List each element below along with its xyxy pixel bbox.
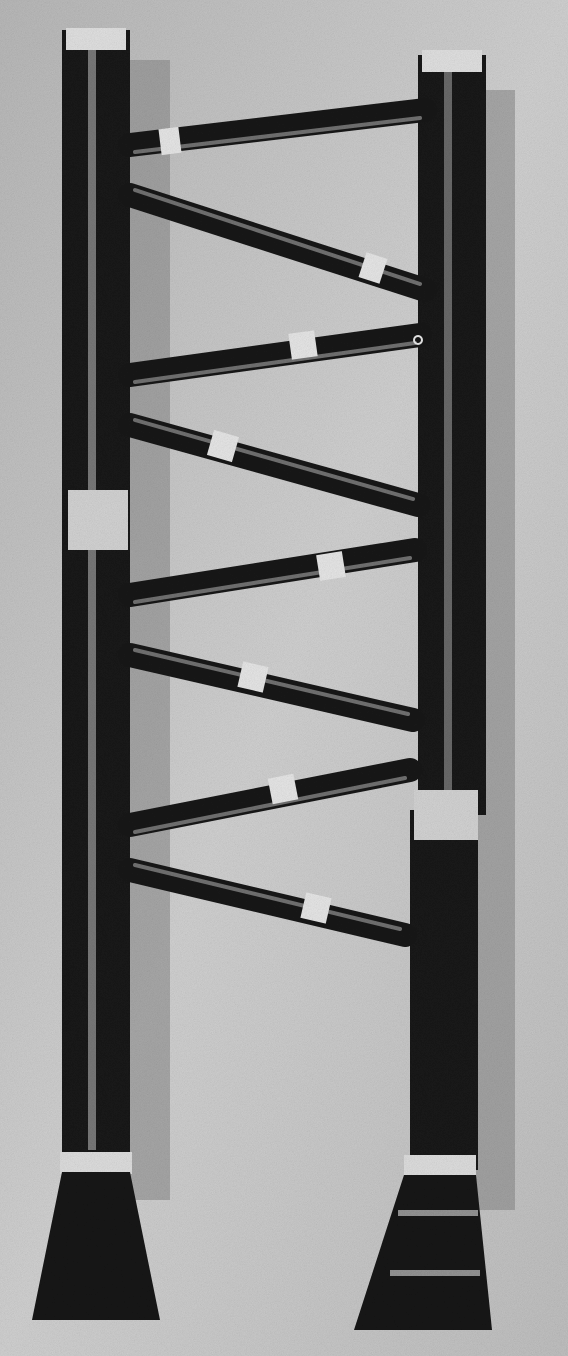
left-foot-band xyxy=(60,1152,132,1174)
right-foot-band xyxy=(404,1155,476,1177)
truss-ladder-photo xyxy=(0,0,568,1356)
right-post-joint-band xyxy=(414,790,478,840)
left-post-joint-band xyxy=(68,490,128,550)
